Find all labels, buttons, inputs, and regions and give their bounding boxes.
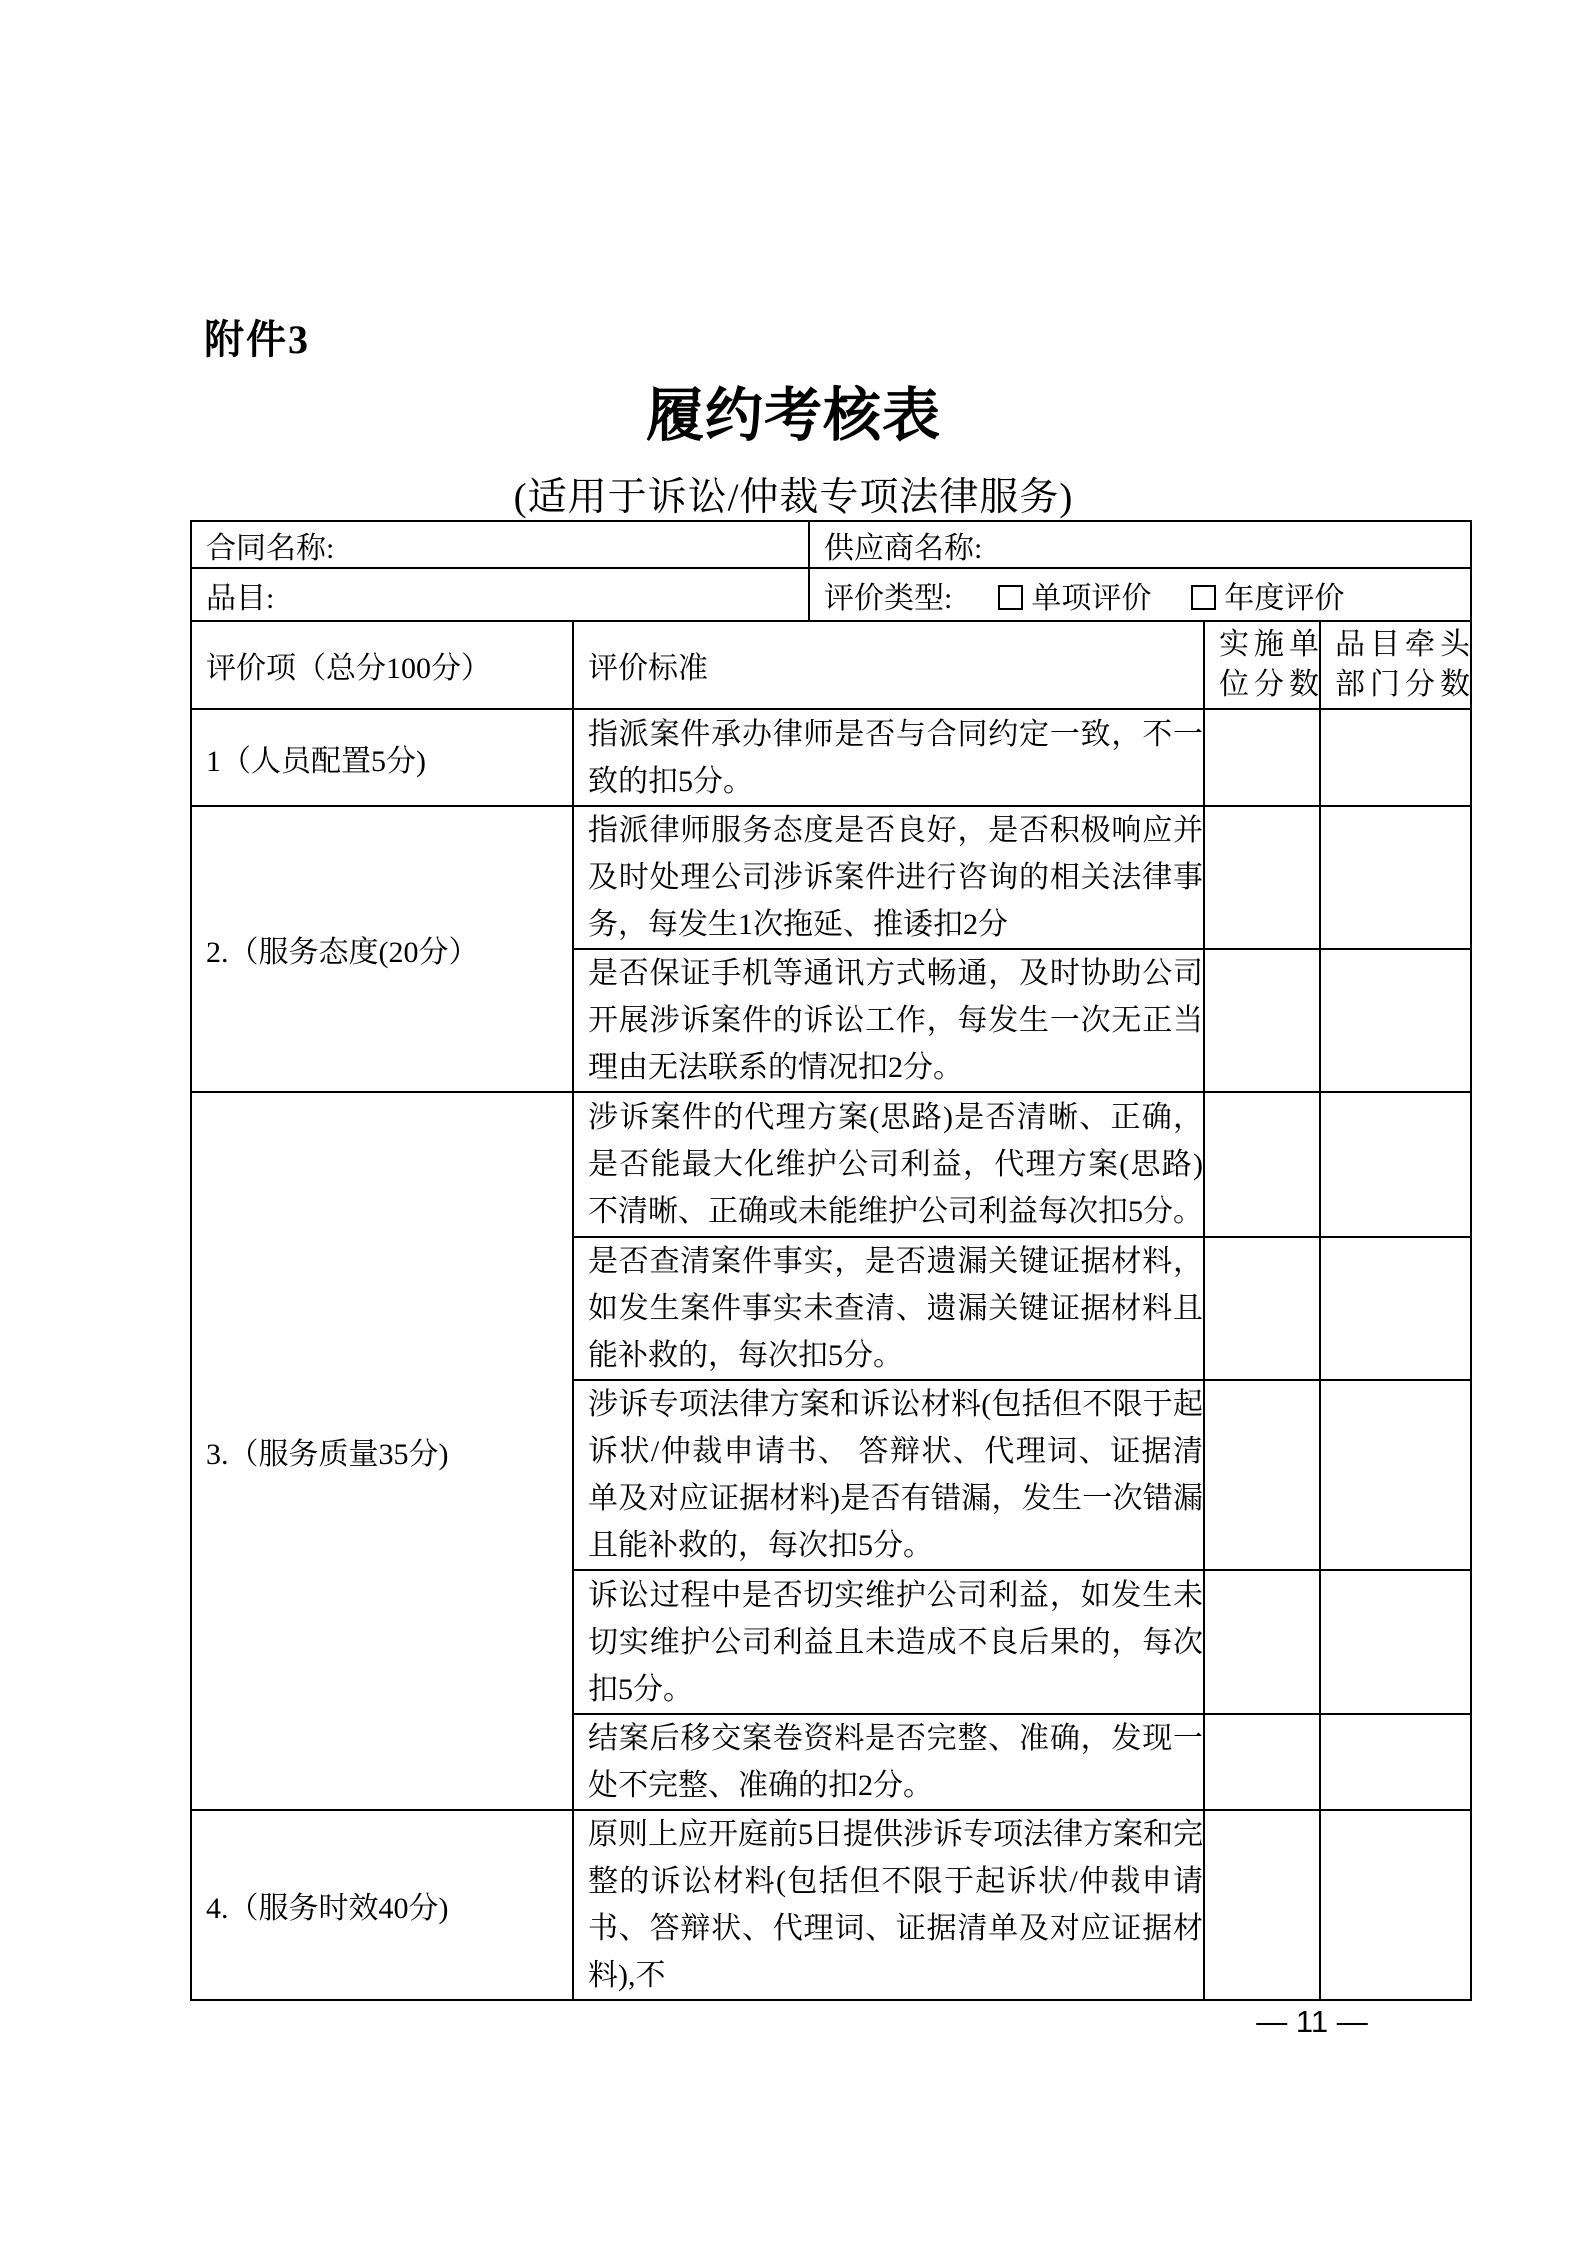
header-evaluation-item: 评价项（总分100分） bbox=[191, 621, 573, 709]
header-implementing-unit-score: 实施单位分数 bbox=[1204, 621, 1320, 709]
criteria-cell: 诉讼过程中是否切实维护公司利益，如发生未切实维护公司利益且未造成不良后果的，每次… bbox=[573, 1570, 1204, 1714]
criteria-cell: 原则上应开庭前5日提供涉诉专项法律方案和完整的诉讼材料(包括但不限于起诉状/仲裁… bbox=[573, 1810, 1204, 2000]
category-cell: 品目: bbox=[191, 568, 809, 621]
implementing-unit-score-cell bbox=[1204, 1380, 1320, 1570]
category-lead-score-cell bbox=[1320, 1380, 1471, 1570]
criteria-cell: 指派律师服务态度是否良好，是否积极响应并及时处理公司涉诉案件进行咨询的相关法律事… bbox=[573, 806, 1204, 949]
category-lead-score-cell bbox=[1320, 1092, 1471, 1237]
implementing-unit-score-cell bbox=[1204, 1237, 1320, 1380]
contract-name-cell: 合同名称: bbox=[191, 521, 809, 568]
category-lead-score-cell bbox=[1320, 1570, 1471, 1714]
item-label-service-quality: 3.（服务质量35分) bbox=[191, 1092, 573, 1810]
category-lead-score-cell bbox=[1320, 949, 1471, 1092]
criteria-cell: 是否保证手机等通讯方式畅通，及时协助公司开展涉诉案件的诉讼工作，每发生一次无正当… bbox=[573, 949, 1204, 1092]
table-row: 3.（服务质量35分) 涉诉案件的代理方案(思路)是否清晰、正确，是否能最大化维… bbox=[191, 1092, 1471, 1237]
implementing-unit-score-cell bbox=[1204, 1714, 1320, 1810]
page-title: 履约考核表 bbox=[0, 368, 1587, 452]
criteria-cell: 涉诉专项法律方案和诉讼材料(包括但不限于起诉状/仲裁申请书、 答辩状、代理词、证… bbox=[573, 1380, 1204, 1570]
checkbox-icon bbox=[998, 585, 1023, 610]
table-row: 合同名称: 供应商名称: bbox=[191, 521, 1471, 568]
criteria-cell: 涉诉案件的代理方案(思路)是否清晰、正确，是否能最大化维护公司利益，代理方案(思… bbox=[573, 1092, 1204, 1237]
table-row: 2.（服务态度(20分） 指派律师服务态度是否良好，是否积极响应并及时处理公司涉… bbox=[191, 806, 1471, 949]
page-subtitle: (适用于诉讼/仲裁专项法律服务) bbox=[0, 466, 1587, 522]
criteria-cell: 是否查清案件事实，是否遗漏关键证据材料，如发生案件事实未查清、遗漏关键证据材料且… bbox=[573, 1237, 1204, 1380]
supplier-name-cell: 供应商名称: bbox=[809, 521, 1471, 568]
evaluation-type-cell: 评价类型:单项评价年度评价 bbox=[809, 568, 1471, 621]
category-lead-score-cell bbox=[1320, 806, 1471, 949]
evaluation-type-label: 评价类型: bbox=[824, 582, 952, 615]
criteria-cell: 指派案件承办律师是否与合同约定一致，不一致的扣5分。 bbox=[573, 709, 1204, 806]
implementing-unit-score-cell bbox=[1204, 709, 1320, 806]
category-label: 品目: bbox=[206, 582, 274, 615]
option-single-evaluation: 单项评价 bbox=[998, 582, 1151, 615]
item-label-staffing: 1（人员配置5分) bbox=[191, 709, 573, 806]
implementing-unit-score-cell bbox=[1204, 949, 1320, 1092]
contract-name-label: 合同名称: bbox=[206, 532, 334, 565]
implementing-unit-score-cell bbox=[1204, 1570, 1320, 1714]
table-header-row: 评价项（总分100分） 评价标准 实施单位分数 品目牵头部门分数 bbox=[191, 621, 1471, 709]
header-evaluation-criteria: 评价标准 bbox=[573, 621, 1204, 709]
assessment-table: 合同名称: 供应商名称: 品目: 评价类型:单项评价年度评价 评价项（总分100… bbox=[190, 520, 1472, 2001]
category-lead-score-cell bbox=[1320, 1237, 1471, 1380]
category-lead-score-cell bbox=[1320, 709, 1471, 806]
category-lead-score-cell bbox=[1320, 1714, 1471, 1810]
attachment-label: 附件3 bbox=[204, 308, 310, 365]
implementing-unit-score-cell bbox=[1204, 806, 1320, 949]
implementing-unit-score-cell bbox=[1204, 1810, 1320, 2000]
criteria-cell: 结案后移交案卷资料是否完整、准确，发现一处不完整、准确的扣2分。 bbox=[573, 1714, 1204, 1810]
table-row: 4.（服务时效40分) 原则上应开庭前5日提供涉诉专项法律方案和完整的诉讼材料(… bbox=[191, 1810, 1471, 2000]
checkbox-icon bbox=[1191, 585, 1216, 610]
table-row: 1（人员配置5分) 指派案件承办律师是否与合同约定一致，不一致的扣5分。 bbox=[191, 709, 1471, 806]
category-lead-score-cell bbox=[1320, 1810, 1471, 2000]
table-row: 品目: 评价类型:单项评价年度评价 bbox=[191, 568, 1471, 621]
page-number: — 11 — bbox=[1232, 2004, 1392, 2040]
header-category-lead-score: 品目牵头部门分数 bbox=[1320, 621, 1471, 709]
option-single-evaluation-label: 单项评价 bbox=[1031, 582, 1151, 615]
option-annual-evaluation-label: 年度评价 bbox=[1224, 582, 1344, 615]
implementing-unit-score-cell bbox=[1204, 1092, 1320, 1237]
item-label-service-timeliness: 4.（服务时效40分) bbox=[191, 1810, 573, 2000]
option-annual-evaluation: 年度评价 bbox=[1191, 582, 1344, 615]
supplier-name-label: 供应商名称: bbox=[824, 532, 982, 565]
item-label-service-attitude: 2.（服务态度(20分） bbox=[191, 806, 573, 1092]
